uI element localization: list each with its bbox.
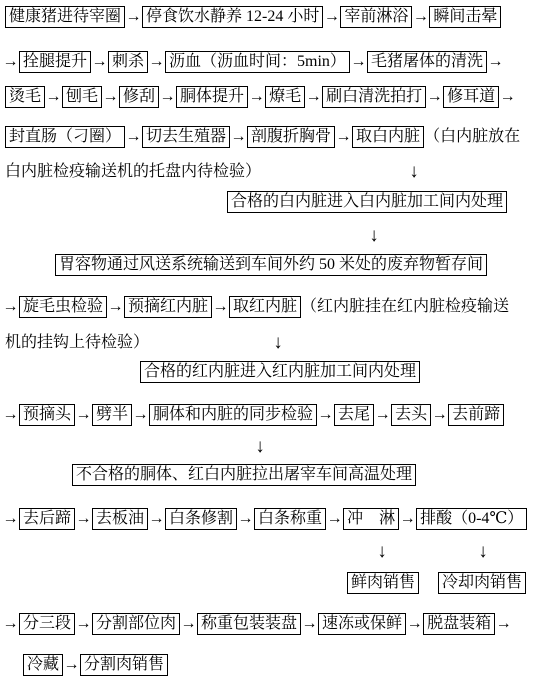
flow-line: 健康猪进待宰圈→停食饮水静养 12-24 小时→宰前淋浴→瞬间击晕	[5, 6, 501, 28]
right-arrow-icon: →	[180, 613, 197, 635]
right-arrow-icon: →	[125, 126, 142, 148]
right-arrow-icon: →	[399, 508, 416, 530]
right-arrow-icon: →	[91, 51, 108, 73]
right-arrow-icon: →	[230, 126, 247, 148]
flow-step-box: 分割肉销售	[80, 654, 168, 676]
flow-step-box: 胴体和内脏的同步检验	[149, 404, 317, 426]
right-arrow-icon: →	[335, 126, 352, 148]
flow-step-box: 毛猪屠体的清洗	[367, 51, 487, 73]
flow-annotation-text: （红内脏挂在红内脏检疫输送	[301, 296, 509, 318]
right-arrow-icon: →	[63, 654, 80, 676]
flow-annotation-text: 白内脏检疫输送机的托盘内待检验）	[5, 161, 261, 183]
right-arrow-icon: →	[317, 404, 334, 426]
flow-step-box: 速冻或保鲜	[318, 613, 406, 635]
flow-line: →拴腿提升→刺杀→沥血（沥血时间：5min）→毛猪屠体的清洗→	[2, 51, 504, 73]
right-arrow-icon: →	[2, 296, 19, 318]
flow-step-box: 切去生殖器	[142, 126, 230, 148]
flow-line: 合格的白内脏进入白内脏加工间内处理	[227, 191, 507, 213]
right-arrow-icon: →	[45, 86, 62, 108]
flow-step-box: 去头	[391, 404, 431, 426]
flow-step-box: 合格的白内脏进入白内脏加工间内处理	[227, 191, 507, 213]
right-arrow-icon: →	[159, 86, 176, 108]
flow-step-box: 封直肠（刁圈）	[5, 126, 125, 148]
right-arrow-icon: →	[148, 508, 165, 530]
flow-step-box: 沥血（沥血时间：5min）	[165, 51, 350, 73]
right-arrow-icon: →	[75, 404, 92, 426]
flow-step-box: 修耳道	[443, 86, 499, 108]
right-arrow-icon: →	[2, 51, 19, 73]
flow-line: 机的挂钩上待检验）	[5, 332, 149, 354]
right-arrow-icon: →	[248, 86, 265, 108]
flow-step-box: 去板油	[92, 508, 148, 530]
right-arrow-icon: →	[495, 613, 512, 635]
flow-step-box: 去尾	[334, 404, 374, 426]
flow-line: 烫毛→刨毛→修刮→胴体提升→燎毛→刷白清洗拍打→修耳道→	[5, 86, 516, 108]
right-arrow-icon: →	[431, 404, 448, 426]
flow-step-box: 烫毛	[5, 86, 45, 108]
flow-step-box: 冷藏	[23, 654, 63, 676]
right-arrow-icon: →	[487, 51, 504, 73]
flowchart: 健康猪进待宰圈→停食饮水静养 12-24 小时→宰前淋浴→瞬间击晕→拴腿提升→刺…	[0, 0, 554, 690]
down-arrow-icon: ↓	[476, 541, 490, 563]
flow-step-box: 燎毛	[265, 86, 305, 108]
flow-step-box: 冲 淋	[343, 508, 399, 530]
right-arrow-icon: →	[412, 6, 429, 28]
flow-step-box: 胴体提升	[176, 86, 248, 108]
right-arrow-icon: →	[426, 86, 443, 108]
flow-line: →分三段→分割部位肉→称重包装装盘→速冻或保鲜→脱盘装箱→	[2, 613, 512, 635]
flow-line: 合格的红内脏进入红内脏加工间内处理	[140, 361, 420, 383]
flow-step-box: 白条修割	[165, 508, 237, 530]
flow-step-box: 白条称重	[254, 508, 326, 530]
flow-step-box: 去后蹄	[19, 508, 75, 530]
right-arrow-icon: →	[406, 613, 423, 635]
flow-step-box: 分割部位肉	[92, 613, 180, 635]
flow-step-box: 不合格的胴体、红白内脏拉出屠宰车间高温处理	[72, 464, 416, 486]
flow-step-box: 劈半	[92, 404, 132, 426]
right-arrow-icon: →	[499, 86, 516, 108]
flow-line: →去后蹄→去板油→白条修割→白条称重→冲 淋→排酸（0-4℃）	[2, 508, 527, 530]
flow-line: 冷藏→分割肉销售	[23, 654, 168, 676]
flow-step-box: 取红内脏	[229, 296, 301, 318]
right-arrow-icon: →	[75, 613, 92, 635]
flow-step-box: 冷却肉销售	[438, 572, 526, 594]
flow-step-box: 分三段	[19, 613, 75, 635]
down-arrow-icon: ↓	[375, 541, 389, 563]
right-arrow-icon: →	[374, 404, 391, 426]
flow-line: 封直肠（刁圈）→切去生殖器→剖腹折胸骨→取白内脏（白内脏放在	[5, 126, 520, 148]
right-arrow-icon: →	[301, 613, 318, 635]
right-arrow-icon: →	[305, 86, 322, 108]
flow-line: →旋毛虫检验→预摘红内脏→取红内脏（红内脏挂在红内脏检疫输送	[2, 296, 509, 318]
down-arrow-icon: ↓	[367, 225, 381, 247]
flow-step-box: 健康猪进待宰圈	[5, 6, 125, 28]
flow-step-box: 胃容物通过风送系统输送到车间外约 50 米处的废弃物暂存间	[55, 254, 487, 276]
flow-step-box: 刨毛	[62, 86, 102, 108]
right-arrow-icon: →	[212, 296, 229, 318]
flow-step-box: 拴腿提升	[19, 51, 91, 73]
right-arrow-icon: →	[237, 508, 254, 530]
flow-step-box: 剖腹折胸骨	[247, 126, 335, 148]
flow-step-box: 取白内脏	[352, 126, 424, 148]
right-arrow-icon: →	[350, 51, 367, 73]
right-arrow-icon: →	[323, 6, 340, 28]
flow-line: 不合格的胴体、红白内脏拉出屠宰车间高温处理	[72, 464, 416, 486]
right-arrow-icon: →	[2, 613, 19, 635]
right-arrow-icon: →	[148, 51, 165, 73]
flow-step-box: 预摘红内脏	[124, 296, 212, 318]
right-arrow-icon: →	[326, 508, 343, 530]
flow-annotation-text: （白内脏放在	[424, 126, 520, 148]
right-arrow-icon: →	[132, 404, 149, 426]
flow-step-box: 预摘头	[19, 404, 75, 426]
flow-step-box: 合格的红内脏进入红内脏加工间内处理	[140, 361, 420, 383]
flow-step-box: 鲜肉销售	[347, 572, 419, 594]
right-arrow-icon: →	[2, 508, 19, 530]
flow-step-box: 瞬间击晕	[429, 6, 501, 28]
flow-step-box: 排酸（0-4℃）	[416, 508, 527, 530]
flow-step-box: 旋毛虫检验	[19, 296, 107, 318]
flow-line: 胃容物通过风送系统输送到车间外约 50 米处的废弃物暂存间	[55, 254, 487, 276]
flow-step-box: 停食饮水静养 12-24 小时	[142, 6, 323, 28]
flow-line: 白内脏检疫输送机的托盘内待检验）	[5, 161, 261, 183]
right-arrow-icon: →	[107, 296, 124, 318]
flow-step-box: 刺杀	[108, 51, 148, 73]
right-arrow-icon: →	[2, 404, 19, 426]
flow-step-box: 刷白清洗拍打	[322, 86, 426, 108]
flow-step-box: 称重包装装盘	[197, 613, 301, 635]
right-arrow-icon: →	[102, 86, 119, 108]
flow-annotation-text: 机的挂钩上待检验）	[5, 332, 149, 354]
right-arrow-icon: →	[75, 508, 92, 530]
down-arrow-icon: ↓	[253, 436, 267, 458]
right-arrow-icon: →	[125, 6, 142, 28]
flow-line: →预摘头→劈半→胴体和内脏的同步检验→去尾→去头→去前蹄	[2, 404, 504, 426]
flow-step-box: 脱盘装箱	[423, 613, 495, 635]
down-arrow-icon: ↓	[407, 161, 421, 183]
flow-step-box: 修刮	[119, 86, 159, 108]
flow-step-box: 去前蹄	[448, 404, 504, 426]
flow-step-box: 宰前淋浴	[340, 6, 412, 28]
down-arrow-icon: ↓	[271, 332, 285, 354]
